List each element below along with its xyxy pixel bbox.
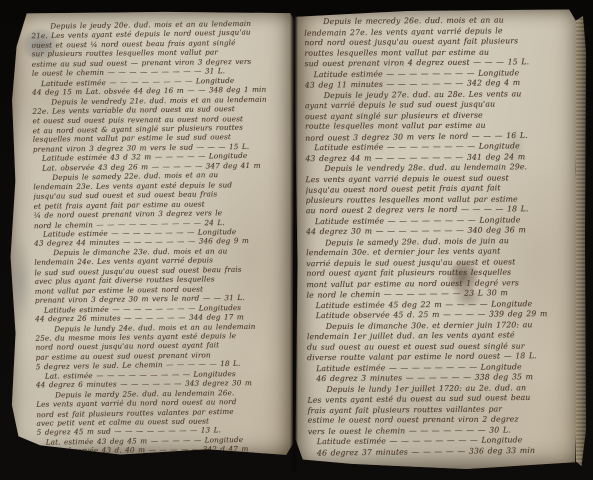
manuscript-page-left: Depuis le jeudy 20e. dud. mois et an au … <box>5 11 294 460</box>
manuscript-line: lendemain 23e. Les vents ayant esté depu… <box>33 180 289 192</box>
manuscript-line: nord ouest ayant fait plusieurs routtes … <box>306 267 572 279</box>
manuscript-line: du sud ouest au ouest et ouest sud ouest… <box>307 341 573 353</box>
book-gutter-shadow <box>290 8 298 472</box>
manuscript-line: estime le ouest nord ouest prenant viron… <box>308 414 574 426</box>
manuscript-page-right: Depuis le mecredy 26e. dud. mois et an a… <box>293 9 581 472</box>
manuscript-scan-background: Depuis le jeudy 20e. dud. mois et an au … <box>0 0 593 480</box>
manuscript-line: plusieurs routtes lesquelles mont vallut… <box>306 194 572 206</box>
page-text-right: Depuis le mecredy 26e. dud. mois et an a… <box>304 15 574 458</box>
stacked-page-edges <box>576 16 586 466</box>
page-text-left: Depuis le jeudy 20e. dud. mois et an au … <box>31 18 293 456</box>
margin-smudge <box>6 221 36 341</box>
manuscript-line: routtes lesquelles mont vallut par estim… <box>304 47 570 59</box>
manuscript-line: Lat. observée 43 d. 40 m — — — — — 342 d… <box>37 444 293 456</box>
